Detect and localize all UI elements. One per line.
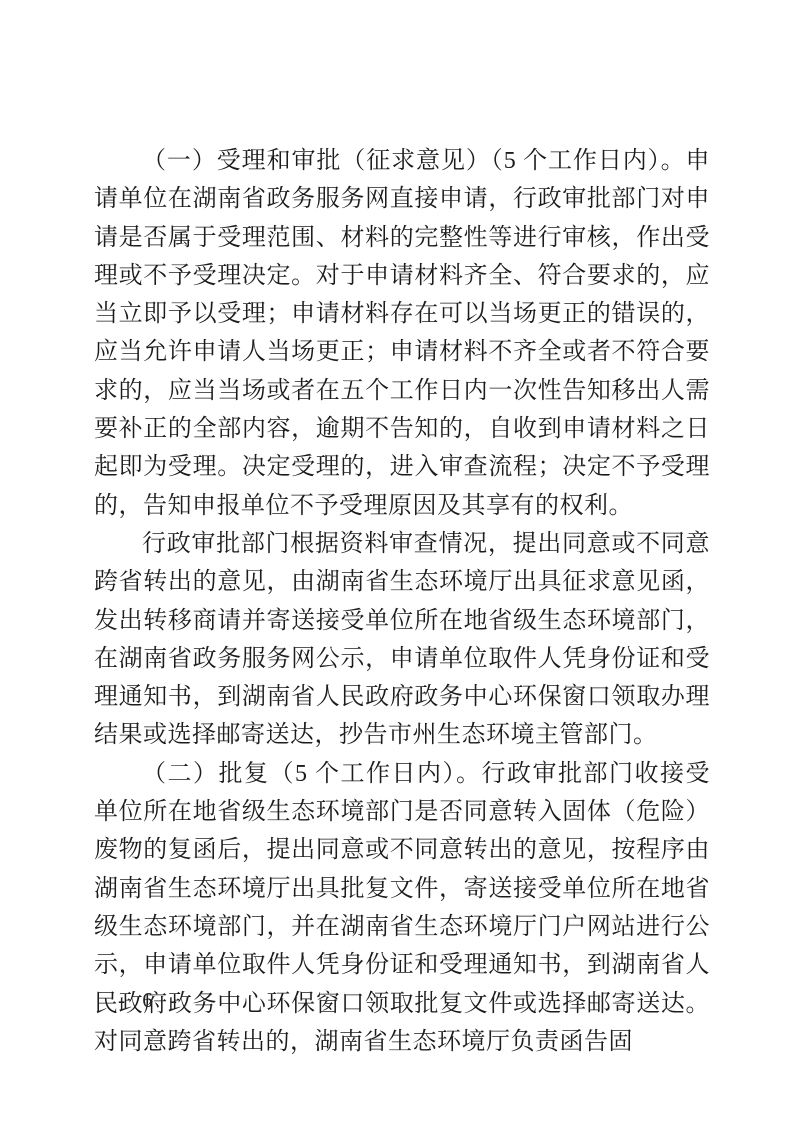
paragraph: （二）批复（5 个工作日内）。行政审批部门收接受单位所在地省级生态环境部门是否同… bbox=[94, 755, 710, 1061]
paragraph: 行政审批部门根据资料审查情况，提出同意或不同意跨省转出的意见，由湖南省生态环境厅… bbox=[94, 525, 710, 755]
document-body: （一）受理和审批（征求意见）（5 个工作日内）。申请单位在湖南省政务服务网直接申… bbox=[94, 142, 710, 1061]
page-number: - 6 - bbox=[118, 988, 183, 1013]
paragraph: （一）受理和审批（征求意见）（5 个工作日内）。申请单位在湖南省政务服务网直接申… bbox=[94, 142, 710, 525]
document-page: （一）受理和审批（征求意见）（5 个工作日内）。申请单位在湖南省政务服务网直接申… bbox=[0, 0, 794, 1122]
